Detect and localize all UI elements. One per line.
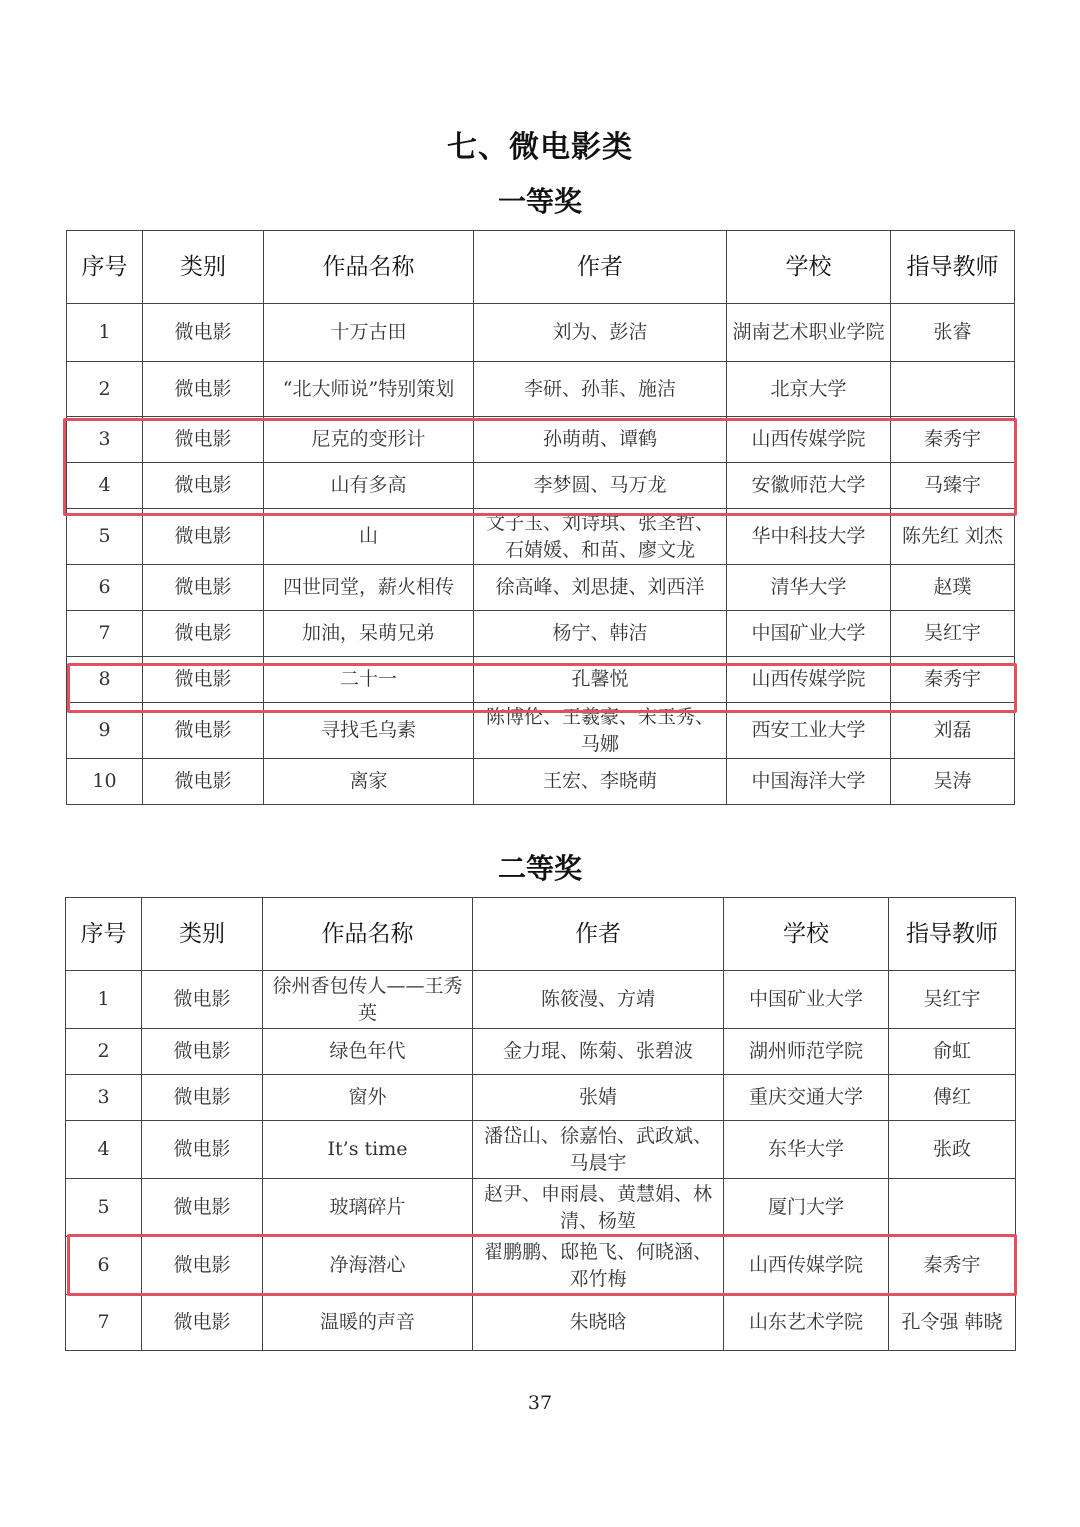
col-header-teacher: 指导教师: [891, 231, 1015, 304]
teacher-cell: 吴红宇: [891, 611, 1015, 657]
row-number: 7: [66, 1295, 142, 1351]
work-title-cell: 绿色年代: [263, 1029, 473, 1075]
table-row: 4微电影山有多高李梦圆、马万龙安徽师范大学马臻宇: [67, 463, 1015, 509]
row-number: 5: [67, 509, 143, 565]
table-row: 6微电影净海潜心翟鹏鹏、邸艳飞、何晓涵、邓竹梅山西传媒学院秦秀宇: [66, 1237, 1016, 1295]
work-title-cell: 二十一: [264, 657, 474, 703]
category-cell: 微电影: [143, 703, 264, 759]
work-title-cell: 净海潜心: [263, 1237, 473, 1295]
page-number: 37: [0, 1392, 1080, 1414]
school-cell: 山东艺术学院: [724, 1295, 889, 1351]
table-row: 8微电影二十一孔馨悦山西传媒学院秦秀宇: [67, 657, 1015, 703]
table-row: 10微电影离家王宏、李晓萌中国海洋大学吴涛: [67, 759, 1015, 805]
category-cell: 微电影: [142, 1179, 263, 1237]
row-number: 6: [67, 565, 143, 611]
school-cell: 清华大学: [727, 565, 891, 611]
teacher-cell: 张政: [889, 1121, 1016, 1179]
table-row: 4微电影It’s time潘岱山、徐嘉怡、武政斌、马晨宇东华大学张政: [66, 1121, 1016, 1179]
col-header-work: 作品名称: [263, 898, 473, 971]
authors-cell: 徐高峰、刘思捷、刘西洋: [474, 565, 727, 611]
authors-cell: 朱晓晗: [473, 1295, 724, 1351]
school-cell: 重庆交通大学: [724, 1075, 889, 1121]
table-row: 5微电影山文子玉、刘诗琪、张圣哲、石婧媛、和苗、廖文龙华中科技大学陈先红 刘杰: [67, 509, 1015, 565]
school-cell: 厦门大学: [724, 1179, 889, 1237]
col-header-no: 序号: [67, 231, 143, 304]
work-title-cell: It’s time: [263, 1121, 473, 1179]
work-title-cell: 山有多高: [264, 463, 474, 509]
category-cell: 微电影: [143, 463, 264, 509]
school-cell: 中国矿业大学: [727, 611, 891, 657]
authors-cell: 刘为、彭洁: [474, 304, 727, 362]
category-cell: 微电影: [143, 362, 264, 417]
teacher-cell: 张睿: [891, 304, 1015, 362]
col-header-no: 序号: [66, 898, 142, 971]
teacher-cell: 赵璞: [891, 565, 1015, 611]
category-cell: 微电影: [143, 657, 264, 703]
second-prize-title: 二等奖: [0, 847, 1080, 887]
teacher-cell: 陈先红 刘杰: [891, 509, 1015, 565]
row-number: 1: [66, 971, 142, 1029]
authors-cell: 张婧: [473, 1075, 724, 1121]
category-cell: 微电影: [143, 417, 264, 463]
teacher-cell: 吴红宇: [889, 971, 1016, 1029]
teacher-cell: 马臻宇: [891, 463, 1015, 509]
col-header-teacher: 指导教师: [889, 898, 1016, 971]
category-cell: 微电影: [143, 304, 264, 362]
second-prize-table: 序号 类别 作品名称 作者 学校 指导教师 1微电影徐州香包传人——王秀英陈筱漫…: [65, 897, 1016, 1351]
row-number: 5: [66, 1179, 142, 1237]
category-cell: 微电影: [143, 611, 264, 657]
teacher-cell: 秦秀宇: [889, 1237, 1016, 1295]
row-number: 2: [66, 1029, 142, 1075]
table-row: 2微电影“北大师说”特别策划李研、孙菲、施洁北京大学: [67, 362, 1015, 417]
school-cell: 山西传媒学院: [724, 1237, 889, 1295]
authors-cell: 李研、孙菲、施洁: [474, 362, 727, 417]
row-number: 2: [67, 362, 143, 417]
work-title-cell: 寻找毛乌素: [264, 703, 474, 759]
work-title-cell: 四世同堂，薪火相传: [264, 565, 474, 611]
first-prize-rows: 1微电影十万古田刘为、彭洁湖南艺术职业学院张睿2微电影“北大师说”特别策划李研、…: [67, 304, 1015, 805]
row-number: 3: [67, 417, 143, 463]
school-cell: 中国海洋大学: [727, 759, 891, 805]
teacher-cell: 秦秀宇: [891, 657, 1015, 703]
work-title-cell: 山: [264, 509, 474, 565]
authors-cell: 陈筱漫、方靖: [473, 971, 724, 1029]
table-header-row: 序号 类别 作品名称 作者 学校 指导教师: [67, 231, 1015, 304]
col-header-work: 作品名称: [264, 231, 474, 304]
table-row: 2微电影绿色年代金力琨、陈菊、张碧波湖州师范学院俞虹: [66, 1029, 1016, 1075]
work-title-cell: 窗外: [263, 1075, 473, 1121]
row-number: 4: [66, 1121, 142, 1179]
school-cell: 北京大学: [727, 362, 891, 417]
authors-cell: 金力琨、陈菊、张碧波: [473, 1029, 724, 1075]
teacher-cell: 刘磊: [891, 703, 1015, 759]
category-cell: 微电影: [142, 1295, 263, 1351]
category-cell: 微电影: [142, 1237, 263, 1295]
authors-cell: 陈博伦、王羲豪、宋玉秀、马娜: [474, 703, 727, 759]
teacher-cell: 俞虹: [889, 1029, 1016, 1075]
category-cell: 微电影: [142, 1029, 263, 1075]
teacher-cell: 秦秀宇: [891, 417, 1015, 463]
school-cell: 湖南艺术职业学院: [727, 304, 891, 362]
teacher-cell: [891, 362, 1015, 417]
school-cell: 中国矿业大学: [724, 971, 889, 1029]
table-row: 9微电影寻找毛乌素陈博伦、王羲豪、宋玉秀、马娜西安工业大学刘磊: [67, 703, 1015, 759]
school-cell: 山西传媒学院: [727, 657, 891, 703]
row-number: 10: [67, 759, 143, 805]
authors-cell: 翟鹏鹏、邸艳飞、何晓涵、邓竹梅: [473, 1237, 724, 1295]
school-cell: 湖州师范学院: [724, 1029, 889, 1075]
table-row: 3微电影尼克的变形计孙萌萌、谭鹤山西传媒学院秦秀宇: [67, 417, 1015, 463]
teacher-cell: 孔令强 韩晓: [889, 1295, 1016, 1351]
col-header-school: 学校: [724, 898, 889, 971]
authors-cell: 文子玉、刘诗琪、张圣哲、石婧媛、和苗、廖文龙: [474, 509, 727, 565]
work-title-cell: 徐州香包传人——王秀英: [263, 971, 473, 1029]
table-row: 1微电影徐州香包传人——王秀英陈筱漫、方靖中国矿业大学吴红宇: [66, 971, 1016, 1029]
authors-cell: 孙萌萌、谭鹤: [474, 417, 727, 463]
col-header-category: 类别: [143, 231, 264, 304]
table-row: 7微电影温暖的声音朱晓晗山东艺术学院孔令强 韩晓: [66, 1295, 1016, 1351]
category-cell: 微电影: [143, 565, 264, 611]
authors-cell: 李梦圆、马万龙: [474, 463, 727, 509]
second-prize-rows: 1微电影徐州香包传人——王秀英陈筱漫、方靖中国矿业大学吴红宇2微电影绿色年代金力…: [66, 971, 1016, 1351]
category-cell: 微电影: [143, 759, 264, 805]
row-number: 7: [67, 611, 143, 657]
col-header-authors: 作者: [474, 231, 727, 304]
col-header-authors: 作者: [473, 898, 724, 971]
authors-cell: 孔馨悦: [474, 657, 727, 703]
work-title-cell: “北大师说”特别策划: [264, 362, 474, 417]
table-row: 5微电影玻璃碎片赵尹、申雨晨、黄慧娟、林清、杨堃厦门大学: [66, 1179, 1016, 1237]
authors-cell: 王宏、李晓萌: [474, 759, 727, 805]
work-title-cell: 玻璃碎片: [263, 1179, 473, 1237]
work-title-cell: 离家: [264, 759, 474, 805]
table-row: 6微电影四世同堂，薪火相传徐高峰、刘思捷、刘西洋清华大学赵璞: [67, 565, 1015, 611]
row-number: 9: [67, 703, 143, 759]
category-cell: 微电影: [142, 971, 263, 1029]
school-cell: 安徽师范大学: [727, 463, 891, 509]
first-prize-title: 一等奖: [0, 180, 1080, 220]
category-cell: 微电影: [143, 509, 264, 565]
table-header-row: 序号 类别 作品名称 作者 学校 指导教师: [66, 898, 1016, 971]
row-number: 8: [67, 657, 143, 703]
first-prize-table: 序号 类别 作品名称 作者 学校 指导教师 1微电影十万古田刘为、彭洁湖南艺术职…: [66, 230, 1015, 805]
category-cell: 微电影: [142, 1075, 263, 1121]
authors-cell: 杨宁、韩洁: [474, 611, 727, 657]
teacher-cell: 傅红: [889, 1075, 1016, 1121]
row-number: 6: [66, 1237, 142, 1295]
work-title-cell: 十万古田: [264, 304, 474, 362]
school-cell: 东华大学: [724, 1121, 889, 1179]
school-cell: 西安工业大学: [727, 703, 891, 759]
row-number: 4: [67, 463, 143, 509]
section-title: 七、微电影类: [0, 122, 1080, 166]
work-title-cell: 尼克的变形计: [264, 417, 474, 463]
school-cell: 山西传媒学院: [727, 417, 891, 463]
table-row: 3微电影窗外张婧重庆交通大学傅红: [66, 1075, 1016, 1121]
authors-cell: 赵尹、申雨晨、黄慧娟、林清、杨堃: [473, 1179, 724, 1237]
school-cell: 华中科技大学: [727, 509, 891, 565]
teacher-cell: [889, 1179, 1016, 1237]
table-row: 7微电影加油，呆萌兄弟杨宁、韩洁中国矿业大学吴红宇: [67, 611, 1015, 657]
row-number: 1: [67, 304, 143, 362]
col-header-category: 类别: [142, 898, 263, 971]
teacher-cell: 吴涛: [891, 759, 1015, 805]
row-number: 3: [66, 1075, 142, 1121]
table-row: 1微电影十万古田刘为、彭洁湖南艺术职业学院张睿: [67, 304, 1015, 362]
authors-cell: 潘岱山、徐嘉怡、武政斌、马晨宇: [473, 1121, 724, 1179]
col-header-school: 学校: [727, 231, 891, 304]
work-title-cell: 温暖的声音: [263, 1295, 473, 1351]
work-title-cell: 加油，呆萌兄弟: [264, 611, 474, 657]
category-cell: 微电影: [142, 1121, 263, 1179]
